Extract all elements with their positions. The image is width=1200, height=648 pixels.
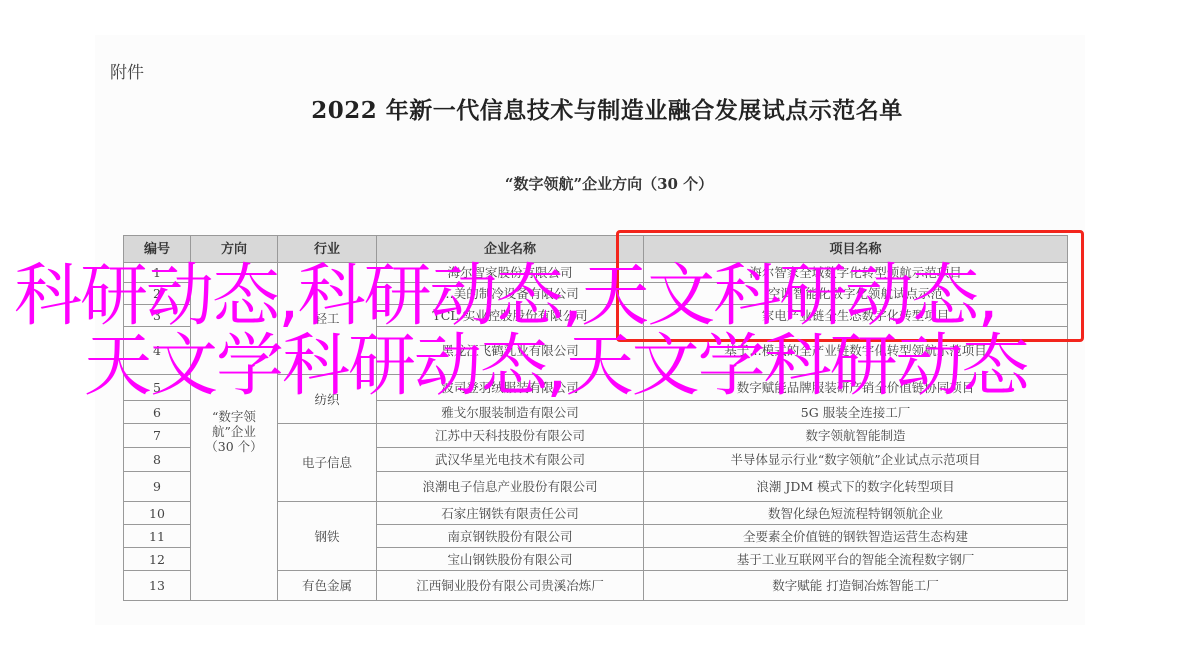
document-title: 2022 年新一代信息技术与制造业融合发展试点示范名单	[0, 92, 1200, 125]
cell-project: 数字领航智能制造	[644, 424, 1068, 448]
cell-company: 浪潮电子信息产业股份有限公司	[377, 472, 644, 502]
cell-project: 浪潮 JDM 模式下的数字化转型项目	[644, 472, 1068, 502]
cell-number: 8	[124, 448, 191, 472]
cell-project: 半导体显示行业“数字领航”企业试点示范项目	[644, 448, 1068, 472]
attachment-label: 附件	[110, 58, 144, 83]
overlay-text-line-1: 科研动态,科研动态,天文科研动态,	[14, 262, 997, 332]
cell-number: 12	[124, 548, 191, 571]
cell-company: 石家庄钢铁有限责任公司	[377, 502, 644, 525]
cell-industry: 钢铁	[278, 502, 377, 571]
cell-project: 基于工业互联网平台的智能全流程数字钢厂	[644, 548, 1068, 571]
cell-number: 7	[124, 424, 191, 448]
cell-company: 江苏中天科技股份有限公司	[377, 424, 644, 448]
cell-number: 11	[124, 525, 191, 548]
cell-number: 9	[124, 472, 191, 502]
cell-number: 13	[124, 571, 191, 601]
cell-project: 数智化绿色短流程特钢领航企业	[644, 502, 1068, 525]
document-subtitle: “数字领航”企业方向（30 个）	[0, 173, 1200, 194]
cell-project: 全要素全价值链的钢铁智造运营生态构建	[644, 525, 1068, 548]
cell-company: 江西铜业股份有限公司贵溪冶炼厂	[377, 571, 644, 601]
cell-company: 武汉华星光电技术有限公司	[377, 448, 644, 472]
cell-number: 10	[124, 502, 191, 525]
overlay-text-line-2: 天文学科研动态,天文学科研动态	[84, 332, 1028, 402]
cell-company: 南京钢铁股份有限公司	[377, 525, 644, 548]
cell-industry: 电子信息	[278, 424, 377, 502]
cell-industry: 有色金属	[278, 571, 377, 601]
cell-project: 数字赋能 打造铜冶炼智能工厂	[644, 571, 1068, 601]
cell-company: 宝山钢铁股份有限公司	[377, 548, 644, 571]
